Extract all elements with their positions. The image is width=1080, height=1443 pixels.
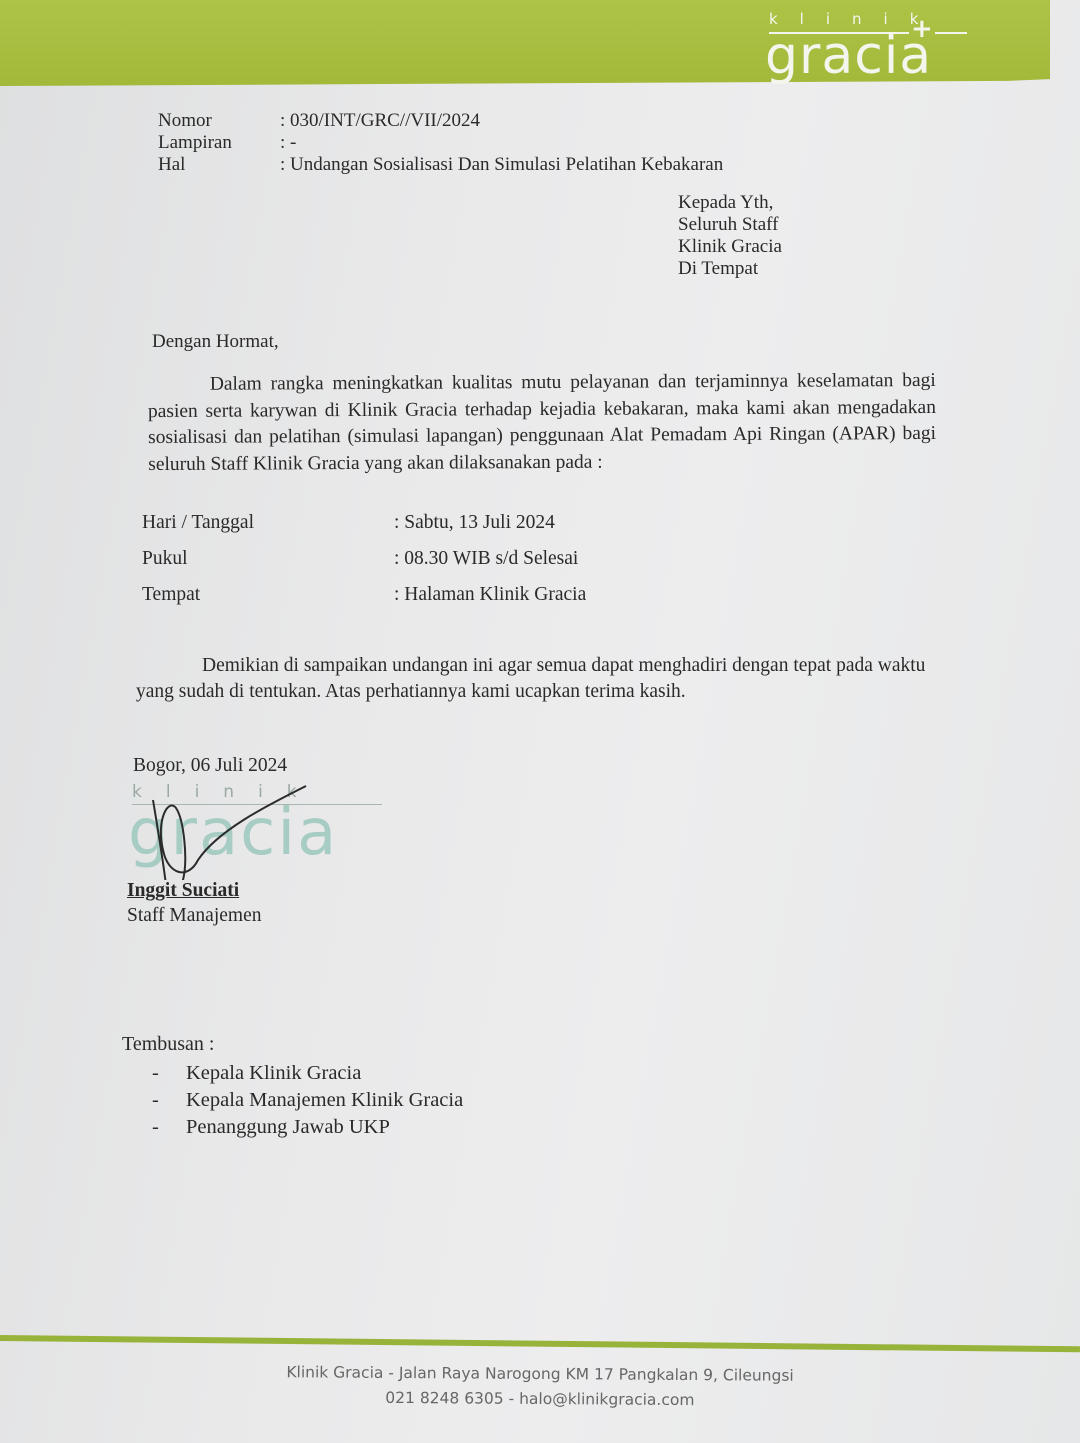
logo-gracia-text: gracia: [765, 26, 932, 86]
recipient-line: Klinik Gracia: [678, 236, 782, 258]
meta-label: Nomor: [158, 110, 280, 132]
detail-label: Pukul: [142, 548, 394, 584]
meta-row-hal: Hal : Undangan Sosialisasi Dan Simulasi …: [158, 154, 723, 176]
dash-bullet-icon: -: [152, 1060, 186, 1087]
letter-meta: Nomor : 030/INT/GRC//VII/2024 Lampiran :…: [158, 110, 723, 176]
handwritten-signature-icon: [128, 780, 398, 880]
salutation: Dengan Hormat,: [152, 331, 279, 353]
detail-label: Tempat: [142, 584, 394, 620]
footer: Klinik Gracia - Jalan Raya Narogong KM 1…: [260, 1360, 820, 1414]
cc-item-text: Kepala Klinik Gracia: [186, 1060, 361, 1087]
recipient-line: Di Tempat: [678, 258, 782, 280]
signer-role: Staff Manajemen: [127, 905, 261, 927]
cc-list: - Kepala Klinik Gracia - Kepala Manajeme…: [152, 1060, 463, 1141]
meta-value: : Undangan Sosialisasi Dan Simulasi Pela…: [280, 154, 723, 176]
detail-row-date: Hari / Tanggal : Sabtu, 13 Juli 2024: [142, 512, 586, 548]
footer-address: Klinik Gracia - Jalan Raya Narogong KM 1…: [260, 1360, 820, 1389]
recipient-block: Kepada Yth, Seluruh Staff Klinik Gracia …: [678, 192, 782, 280]
recipient-line: Seluruh Staff: [678, 214, 782, 236]
logo-rule: [935, 32, 967, 34]
meta-row-nomor: Nomor : 030/INT/GRC//VII/2024: [158, 110, 723, 132]
dash-bullet-icon: -: [152, 1087, 186, 1114]
clinic-stamp: klinik gracia: [128, 780, 398, 880]
dash-bullet-icon: -: [152, 1114, 186, 1141]
meta-value: : -: [280, 132, 296, 154]
meta-label: Lampiran: [158, 132, 280, 154]
clinic-logo: klinik + gracia: [765, 8, 975, 88]
cc-item: - Kepala Manajemen Klinik Gracia: [152, 1087, 463, 1114]
detail-value: : Sabtu, 13 Juli 2024: [394, 512, 555, 548]
cc-item: - Penanggung Jawab UKP: [152, 1114, 463, 1141]
signer-name: Inggit Suciati: [127, 880, 239, 902]
detail-row-place: Tempat : Halaman Klinik Gracia: [142, 584, 586, 620]
cc-item: - Kepala Klinik Gracia: [152, 1060, 463, 1087]
cc-item-text: Kepala Manajemen Klinik Gracia: [186, 1087, 463, 1114]
detail-row-time: Pukul : 08.30 WIB s/d Selesai: [142, 548, 586, 584]
meta-value: : 030/INT/GRC//VII/2024: [280, 110, 480, 132]
detail-value: : 08.30 WIB s/d Selesai: [394, 548, 578, 584]
meta-row-lampiran: Lampiran : -: [158, 132, 723, 154]
detail-value: : Halaman Klinik Gracia: [394, 584, 586, 620]
recipient-line: Kepada Yth,: [678, 192, 782, 214]
body-paragraph-intro: Dalam rangka meningkatkan kualitas mutu …: [148, 368, 937, 478]
footer-contact: 021 8248 6305 - halo@klinikgracia.com: [260, 1385, 820, 1414]
place-date: Bogor, 06 Juli 2024: [133, 755, 287, 777]
detail-label: Hari / Tanggal: [142, 512, 394, 548]
body-paragraph-closing: Demikian di sampaikan undangan ini agar …: [136, 653, 956, 705]
cc-item-text: Penanggung Jawab UKP: [186, 1114, 390, 1141]
meta-label: Hal: [158, 154, 280, 176]
event-details: Hari / Tanggal : Sabtu, 13 Juli 2024 Puk…: [142, 512, 586, 620]
footer-divider: [0, 1335, 1080, 1352]
cc-title: Tembusan :: [122, 1033, 214, 1056]
